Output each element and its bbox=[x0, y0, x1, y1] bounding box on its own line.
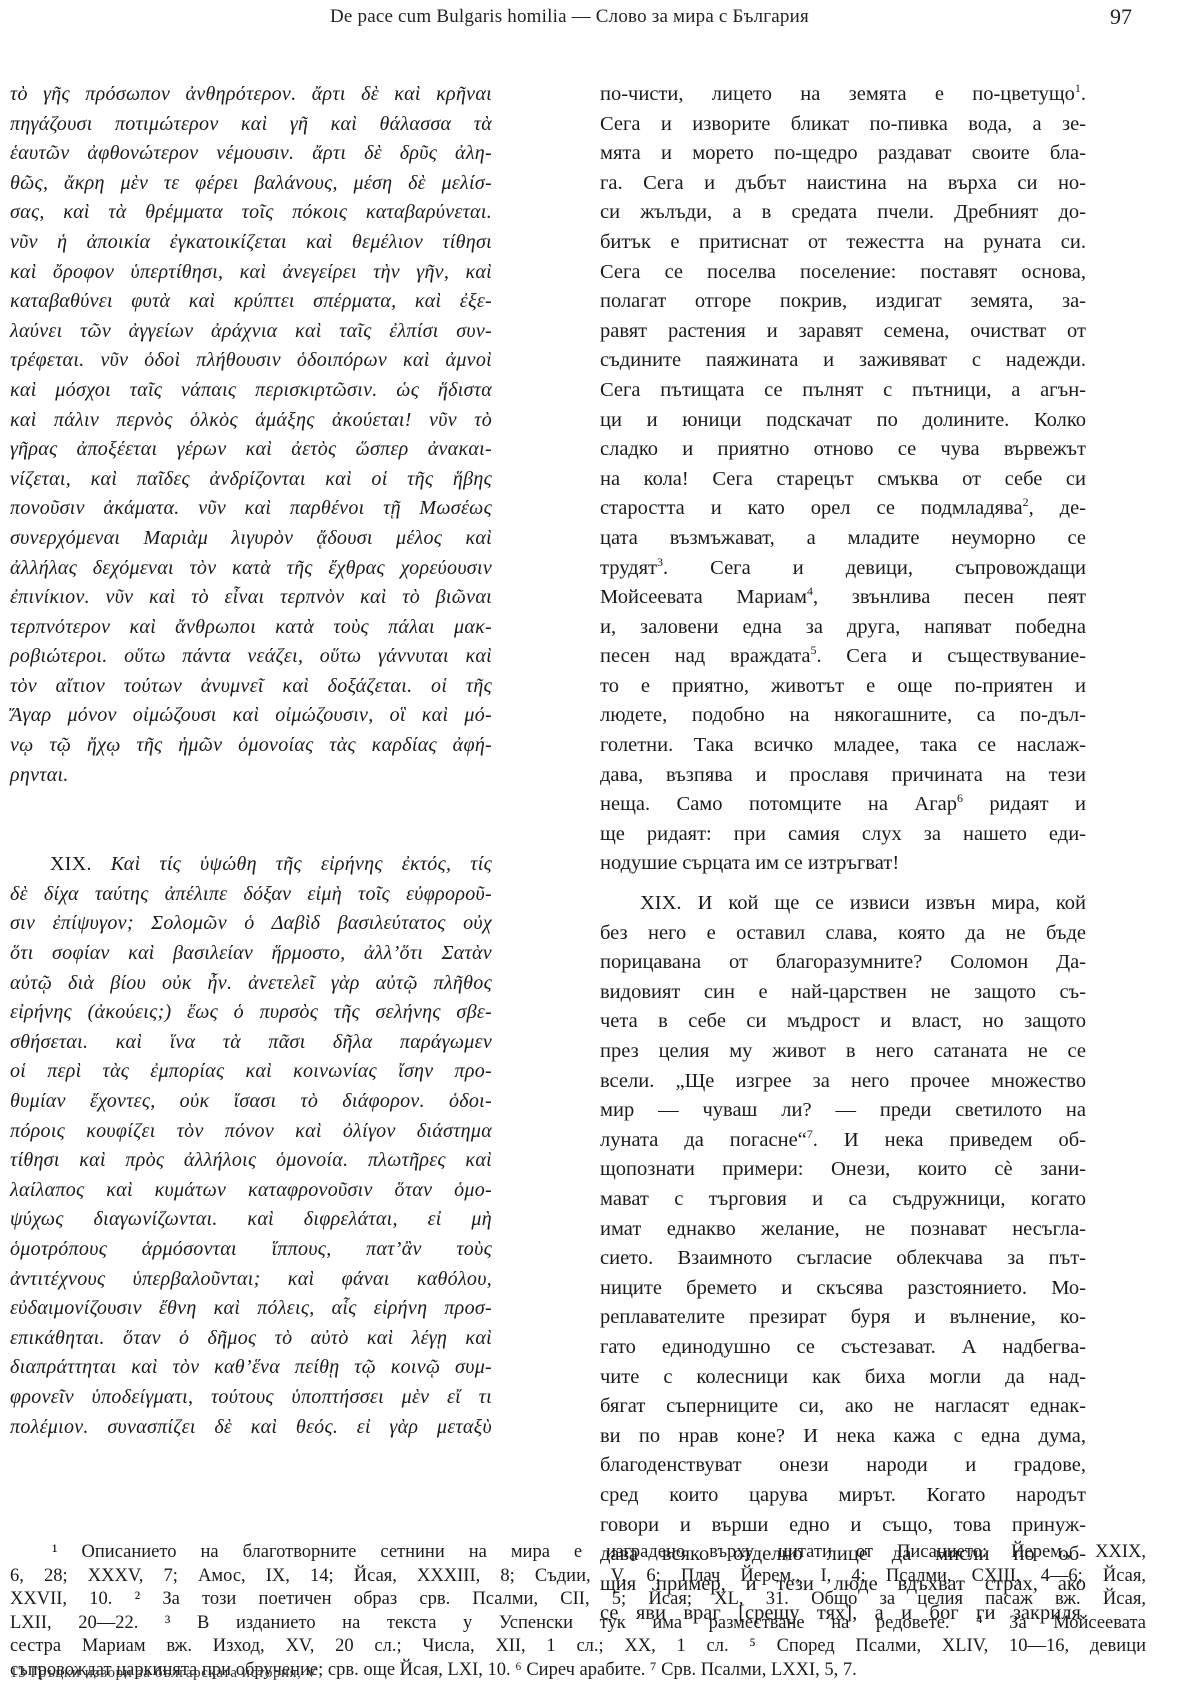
bulgarian-line: говори и върши едно и също, това принуж- bbox=[600, 1511, 1086, 1541]
line-text: Мойсеевата Мариам bbox=[600, 586, 807, 608]
bulgarian-line: гато единодушно се състезават. А надбегв… bbox=[600, 1333, 1086, 1363]
paragraph-gap bbox=[600, 879, 1086, 889]
greek-line: επικάθηται. ὅταν ὁ δῆμος τὸ αὐτὸ καὶ λέγ… bbox=[10, 1324, 492, 1354]
line-text: неща. Само потомците на Агар bbox=[600, 793, 957, 815]
bulgarian-line: Сега и изворите бликат по-пивка вода, а … bbox=[600, 110, 1086, 140]
greek-line: πονοῦσιν ἀκάματα. νῦν καὶ παρθένοι τῇ Μω… bbox=[10, 494, 492, 524]
line-text: И кой ще се извиси извън мира, кой bbox=[698, 892, 1086, 914]
section-number: XIX. bbox=[50, 853, 111, 875]
greek-line: φρονεῖν ὑποδείγματι, τούτους ὑποπτήσσει … bbox=[10, 1383, 492, 1413]
bulgarian-line: ще ридаят: при самия слух за нашето еди- bbox=[600, 820, 1086, 850]
bulgarian-line: старостта и като орел се подмладява2, де… bbox=[600, 494, 1086, 524]
bulgarian-line: Сега пътищата се пълнят с пътници, а агъ… bbox=[600, 376, 1086, 406]
greek-line: πόροις κουφίζει τὸν πόνον καὶ ὀλίγον διά… bbox=[10, 1117, 492, 1147]
bulgarian-line: дава, възпява и прославя причината на те… bbox=[600, 761, 1086, 791]
greek-line: Ἄγαρ μόνον οἰμώζουσι καὶ οἰμώζουσιν, οἳ … bbox=[10, 701, 492, 731]
bulgarian-line: порицавана от благоразумните? Соломон Да… bbox=[600, 948, 1086, 978]
bulgarian-line: имат еднакво желание, не познават несъгл… bbox=[600, 1215, 1086, 1245]
greek-line: πηγάζουσι ποτιμώτερον καὶ γῆ καὶ θάλασσα… bbox=[10, 110, 492, 140]
footnote-line: сестра Мариам вж. Изход, XV, 20 сл.; Чис… bbox=[10, 1635, 1146, 1659]
greek-line: συνερχόμεναι Μαριὰμ λιγυρὸν ᾄδουσι μέλος… bbox=[10, 524, 492, 554]
running-title: De pace cum Bulgaris homilia — Слово за … bbox=[330, 6, 809, 28]
footnotes: ¹ Описанието на благотворните сетнини на… bbox=[10, 1541, 1146, 1682]
greek-line: τρέφεται. νῦν ὁδοὶ πλήθουσιν ὁδοιπόρων κ… bbox=[10, 346, 492, 376]
bulgarian-line: сието. Взаимното съгласие облекчава за п… bbox=[600, 1244, 1086, 1274]
running-header: De pace cum Bulgaris homilia — Слово за … bbox=[0, 6, 1200, 36]
greek-line: καὶ πάλιν περνὸς ὁλκὸς ἁμάξης ἀκούεται! … bbox=[10, 406, 492, 436]
bulgarian-line: га. Сега и дъбът наистина на върха си но… bbox=[600, 169, 1086, 199]
bulgarian-line: мята и морето по-щедро раздават своите б… bbox=[600, 139, 1086, 169]
bulgarian-line: чите с колесници как биха могли да над- bbox=[600, 1363, 1086, 1393]
bulgarian-line: неща. Само потомците на Агар6 ридаят и bbox=[600, 790, 1086, 820]
footnote-line: LXII, 20—22. ³ В изданието на текста у У… bbox=[10, 1612, 1146, 1636]
bulgarian-line: съдините паяжината и заживяват с надежди… bbox=[600, 346, 1086, 376]
bulgarian-line: видовият син е най-царствен не защото съ… bbox=[600, 978, 1086, 1008]
footnote-line: 6, 28; XXXV, 7; Амос, IX, 14; Йсая, XXXI… bbox=[10, 1565, 1146, 1589]
bulgarian-line: щопознати примери: Онези, които сѐ зани- bbox=[600, 1155, 1086, 1185]
bulgarian-line: равят растения и заравят семена, очиства… bbox=[600, 317, 1086, 347]
greek-line: θῶς, ἄκρη μὲν τε φέρει βαλάνους, μέση δὲ… bbox=[10, 169, 492, 199]
page-number: 97 bbox=[1110, 4, 1132, 30]
bulgarian-line: трудят3. Сега и девици, съпровождащи bbox=[600, 554, 1086, 584]
greek-line: σθήσεται. καὶ ἵνα τὰ πᾶσι δῆλα παράγωμεν bbox=[10, 1028, 492, 1058]
greek-line: τὸ γῆς πρόσωπον ἀνθηρότερον. ἄρτι δὲ καὶ… bbox=[10, 80, 492, 110]
greek-line: ἀλλήλας δεχόμεναι τὸν κατὰ τῆς ἔχθρας χο… bbox=[10, 554, 492, 584]
greek-line: νῳ τῷ ἤχῳ τῆς ἡμῶν ὁμονοίας τὰς καρδίας … bbox=[10, 731, 492, 761]
greek-line: νίζεται, καὶ παῖδες ἀνδρίζονται καὶ οἱ τ… bbox=[10, 465, 492, 495]
bulgarian-line: нодушие сърцата им се изтръгват! bbox=[600, 849, 1086, 879]
bulgarian-line: цата възмъжават, а младите неуморно се bbox=[600, 524, 1086, 554]
greek-text-column: τὸ γῆς πρόσωπον ἀνθηρότερον. ἄρτι δὲ καὶ… bbox=[10, 80, 492, 1442]
bulgarian-section-heading-line: XIX. И кой ще се извиси извън мира, кой bbox=[600, 889, 1086, 919]
bulgarian-line: и, заловени една за друга, напяват побед… bbox=[600, 613, 1086, 643]
line-text: . И нека приведем об- bbox=[813, 1129, 1086, 1151]
line-text: , де- bbox=[1029, 497, 1086, 519]
bulgarian-line: ниците бремето и скъсява разстоянието. М… bbox=[600, 1274, 1086, 1304]
greek-line: ἑαυτῶν ἀφθονώτερον νέμουσιν. ἄρτι δὲ δρῦ… bbox=[10, 139, 492, 169]
greek-line: ὁμοτρόπους ἁρμόσονται ἵππους, πατ’ἂν τοὺ… bbox=[10, 1235, 492, 1265]
line-text: луната да погасне“ bbox=[600, 1129, 807, 1151]
bulgarian-line: на кола! Сега старецът смъква от себе си bbox=[600, 465, 1086, 495]
signature-footer: 13 Гръцки извори за българската история,… bbox=[10, 1665, 317, 1682]
bulgarian-line: полагат отгоре покрив, издигат земята, з… bbox=[600, 287, 1086, 317]
greek-line-text: Καὶ τίς ὑψώθη τῆς εἰρήνης ἐκτός, τίς bbox=[111, 853, 492, 875]
bulgarian-line: реплавателите презират буря и вълнение, … bbox=[600, 1303, 1086, 1333]
greek-line: καὶ μόσχοι ταῖς νάπαις περισκιρτῶσιν. ὡς… bbox=[10, 376, 492, 406]
bulgarian-translation-column: по-чисти, лицето на земята е по-цветущо1… bbox=[600, 80, 1086, 1629]
greek-line: εἰρήνης (ἀκούεις;) ἕως ὁ πυρσὸς τῆς σελή… bbox=[10, 998, 492, 1028]
greek-line: καὶ ὄροφον ὑπερτίθησι, καὶ ἀνεγείρει τὴν… bbox=[10, 258, 492, 288]
bulgarian-line: Мойсеевата Мариам4, звънлива песен пеят bbox=[600, 583, 1086, 613]
greek-line: νῦν ἡ ἀποικία ἐγκατοικίζεται καὶ θεμέλιο… bbox=[10, 228, 492, 258]
bulgarian-line: през целия му живот в него сатаната не с… bbox=[600, 1037, 1086, 1067]
greek-line: τερπνότερον καὶ ἄνθρωποι κατὰ τοὺς πάλαι… bbox=[10, 613, 492, 643]
bulgarian-line: по-чисти, лицето на земята е по-цветущо1… bbox=[600, 80, 1086, 110]
line-text: . bbox=[1081, 83, 1086, 105]
bulgarian-line: сред които царува мирът. Когато народът bbox=[600, 1481, 1086, 1511]
line-text: . Сега и съществувание- bbox=[816, 645, 1086, 667]
greek-line: σιν ἐπίψυγον; Σολομῶν ὁ Δαβὶδ βασιλεύτατ… bbox=[10, 909, 492, 939]
bulgarian-line: без него е оставил слава, която да не бъ… bbox=[600, 919, 1086, 949]
paragraph-gap bbox=[10, 790, 492, 850]
bulgarian-line: благоденствуват онези народи и градове, bbox=[600, 1451, 1086, 1481]
greek-line: γῆρας ἀποξέεται γέρων καὶ ἀετὸς ὥσπερ ἀν… bbox=[10, 435, 492, 465]
greek-line: τίθησι καὶ πρὸς ἀλλήλοις ὁμονοία. πλωτῆρ… bbox=[10, 1146, 492, 1176]
line-text: песен над враждата bbox=[600, 645, 810, 667]
line-text: старостта и като орел се подмладява bbox=[600, 497, 1023, 519]
bulgarian-line: бягат съперниците си, ако не нагласят ед… bbox=[600, 1392, 1086, 1422]
bulgarian-line: чета в себе си мъдрост и власт, но защот… bbox=[600, 1007, 1086, 1037]
footnote-line: ¹ Описанието на благотворните сетнини на… bbox=[10, 1541, 1146, 1565]
greek-line: ροβιώτεροι. οὕτω πάντα νεάζει, οὕτω γάνν… bbox=[10, 642, 492, 672]
bulgarian-line: песен над враждата5. Сега и съществувани… bbox=[600, 642, 1086, 672]
bulgarian-line: мир — чуваш ли? — преди светилото на bbox=[600, 1096, 1086, 1126]
line-text: по-чисти, лицето на земята е по-цветущо bbox=[600, 83, 1075, 105]
bulgarian-line: ци и юници подскачат по долините. Колко bbox=[600, 406, 1086, 436]
bulgarian-line: сладко и приятно отново се чува вървежът bbox=[600, 435, 1086, 465]
greek-line: λαύνει τῶν ἀγγείων ἀράχνια καὶ ταῖς ἐλπί… bbox=[10, 317, 492, 347]
greek-line: καταβαθύνει φυτὰ καὶ κρύπτει σπέρματα, κ… bbox=[10, 287, 492, 317]
greek-line: τὸν αἴτιον τούτων ἀνυμνεῖ καὶ δοξάζεται.… bbox=[10, 672, 492, 702]
greek-line: εὐδαιμονίζουσιν ἔθνη καὶ πόλεις, αἷς εἰρ… bbox=[10, 1294, 492, 1324]
line-text: , звънлива песен пеят bbox=[813, 586, 1086, 608]
bulgarian-line: то е приятно, животът е още по-приятен и bbox=[600, 672, 1086, 702]
greek-line: λαίλαπος καὶ κυμάτων καταφρονοῦσιν ὅταν … bbox=[10, 1176, 492, 1206]
line-text: трудят bbox=[600, 557, 657, 579]
greek-line: οἱ περὶ τὰς ἐμπορίας καὶ κοινωνίας ἴσην … bbox=[10, 1057, 492, 1087]
section-number: XIX. bbox=[640, 892, 698, 914]
greek-line: θυμίαν ἔχοντες, οὐκ ἴσασι τὸ διάφορον. ὁ… bbox=[10, 1087, 492, 1117]
bulgarian-line: всели. „Ще изгрее за него прочее множест… bbox=[600, 1067, 1086, 1097]
greek-line: σας, καὶ τὰ θρέμματα τοῖς πόκοις καταβαρ… bbox=[10, 198, 492, 228]
greek-line: πολέμιον. συνασπίζει δὲ καὶ θεός. εἰ γὰρ… bbox=[10, 1413, 492, 1443]
greek-line: ὅτι σοφίαν καὶ βασιλείαν ἥρμοστο, ἀλλ’ὅτ… bbox=[10, 939, 492, 969]
greek-line: ψύχως διαγωνίζωνται. καὶ διφρελάται, εἰ … bbox=[10, 1205, 492, 1235]
footnote-line: XXVII, 10. ² За този поетичен образ срв.… bbox=[10, 1588, 1146, 1612]
line-text: . Сега и девици, съпровождащи bbox=[663, 557, 1086, 579]
greek-line: αὐτῷ διὰ βίου οὐκ ἦν. ἀνετελεῖ γὰρ αὐτῷ … bbox=[10, 969, 492, 999]
bulgarian-line: Сега се поселва поселение: поставят осно… bbox=[600, 258, 1086, 288]
greek-line: ρηνται. bbox=[10, 761, 492, 791]
greek-section-heading-line: XIX. Καὶ τίς ὑψώθη τῆς εἰρήνης ἐκτός, τί… bbox=[10, 850, 492, 880]
line-text: ридаят и bbox=[963, 793, 1086, 815]
bulgarian-line: людете, подобно на някогашните, са по-дъ… bbox=[600, 701, 1086, 731]
bulgarian-line: си жълъди, а в средата пчели. Дребният д… bbox=[600, 198, 1086, 228]
greek-line: ἐπινίκιον. νῦν καὶ τὸ εἶναι τερπνὸν καὶ … bbox=[10, 583, 492, 613]
greek-line: δὲ δίχα ταύτης ἀπέλιπε δόξαν εἰμὴ τοῖς ε… bbox=[10, 880, 492, 910]
bulgarian-line: мават с търговия и са съдружници, когато bbox=[600, 1185, 1086, 1215]
greek-line: ἀντιτέχνους ὑπερβαλοῦνται; καὶ φάναι καθ… bbox=[10, 1265, 492, 1295]
bulgarian-line: голетни. Така всичко младее, така се нас… bbox=[600, 731, 1086, 761]
bulgarian-line: ви по нрав коне? И нека кажа с една дума… bbox=[600, 1422, 1086, 1452]
greek-line: διαπράττηται καὶ τὸν καθ’ἕνα πείθῃ τῷ κο… bbox=[10, 1353, 492, 1383]
bulgarian-line: луната да погасне“7. И нека приведем об- bbox=[600, 1126, 1086, 1156]
bulgarian-line: битък е притиснат от тежестта на руната … bbox=[600, 228, 1086, 258]
